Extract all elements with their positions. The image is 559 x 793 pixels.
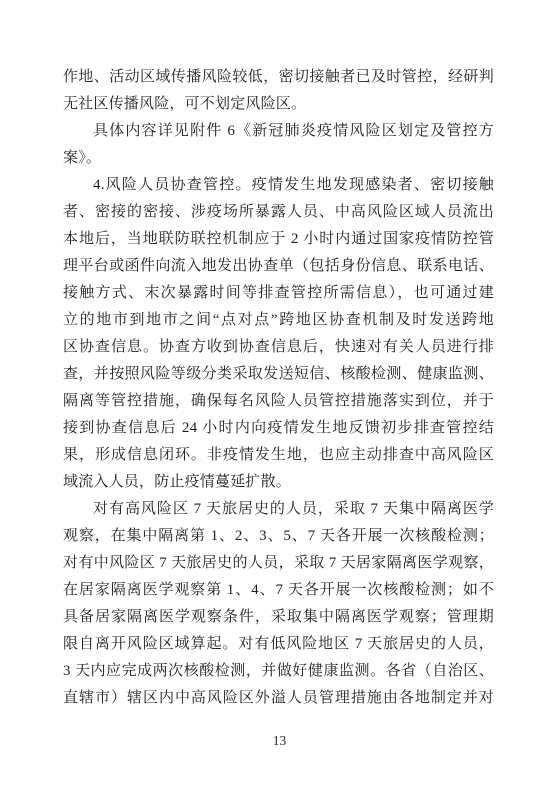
text-line: 者、密接的密接、涉疫场所暴露人员、中高风险区域人员流出 [63,199,494,226]
text-line: 域流入人员，防止疫情蔓延扩散。 [63,469,494,496]
text-line: 直辖市）辖区内中高风险区外溢人员管理措施由各地制定并对 [63,685,494,712]
text-line: 4.风险人员协查管控。疫情发生地发现感染者、密切接触 [63,172,494,199]
text-line: 对有中风险区 7 天旅居史的人员，采取 7 天居家隔离医学观察， [63,550,494,577]
text-line: 具备居家隔离医学观察条件，采取集中隔离医学观察；管理期 [63,604,494,631]
text-line: 隔离等管控措施，确保每名风险人员管控措施落实到位，并于 [63,388,494,415]
document-page: 作地、活动区域传播风险较低，密切接触者已及时管控，经研判无社区传播风险，可不划定… [0,0,559,793]
text-line: 理平台或函件向流入地发出协查单（包括身份信息、联系电话、 [63,253,494,280]
text-line: 案》。 [63,145,494,172]
text-line: 3 天内应完成两次核酸检测，并做好健康监测。各省（自治区、 [63,658,494,685]
page-number: 13 [0,731,559,751]
text-line: 接到协查信息后 24 小时内向疫情发生地反馈初步排查管控结 [63,415,494,442]
text-line: 限自离开风险区域算起。对有低风险地区 7 天旅居史的人员， [63,631,494,658]
text-line: 立的地市到地市之间“点对点”跨地区协查机制及时发送跨地 [63,307,494,334]
text-line: 本地后，当地联防联控机制应于 2 小时内通过国家疫情防控管 [63,226,494,253]
text-line: 观察，在集中隔离第 1、2、3、5、7 天各开展一次核酸检测； [63,523,494,550]
text-line: 查，并按照风险等级分类采取发送短信、核酸检测、健康监测、 [63,361,494,388]
text-line: 具体内容详见附件 6《新冠肺炎疫情风险区划定及管控方 [63,118,494,145]
text-line: 无社区传播风险，可不划定风险区。 [63,91,494,118]
text-line: 作地、活动区域传播风险较低，密切接触者已及时管控，经研判 [63,64,494,91]
text-line: 接触方式、末次暴露时间等排查管控所需信息），也可通过建 [63,280,494,307]
text-line: 区协查信息。协查方收到协查信息后，快速对有关人员进行排 [63,334,494,361]
text-line: 对有高风险区 7 天旅居史的人员，采取 7 天集中隔离医学 [63,496,494,523]
text-line: 在居家隔离医学观察第 1、4、7 天各开展一次核酸检测；如不 [63,577,494,604]
text-line: 果，形成信息闭环。非疫情发生地，也应主动排查中高风险区 [63,442,494,469]
document-text-block: 作地、活动区域传播风险较低，密切接触者已及时管控，经研判无社区传播风险，可不划定… [63,64,494,712]
